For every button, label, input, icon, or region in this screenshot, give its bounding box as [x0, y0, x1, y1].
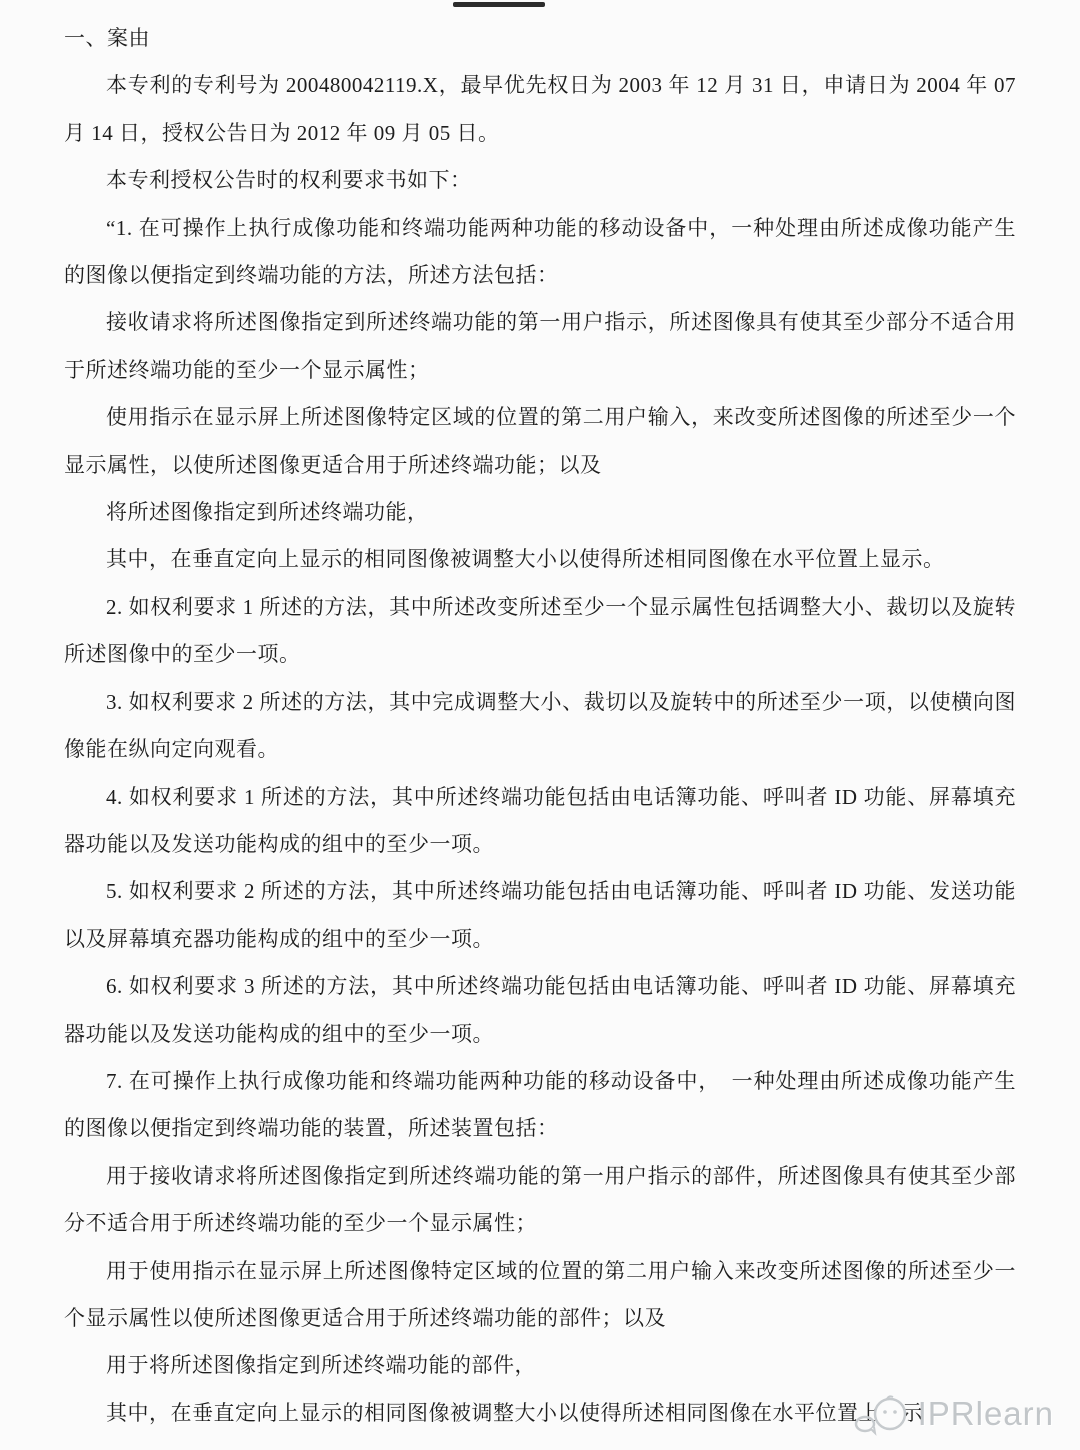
patent-info: 本专利的专利号为 200480042119.X，最早优先权日为 2003 年 1…: [64, 62, 1016, 157]
claim-7-preamble: 7. 在可操作上执行成像功能和终端功能两种功能的移动设备中， 一种处理由所述成像…: [64, 1058, 1016, 1153]
claim-2: 2. 如权利要求 1 所述的方法，其中所述改变所述至少一个显示属性包括调整大小、…: [64, 584, 1016, 679]
watermark-label: IPRlearn: [918, 1395, 1054, 1433]
top-rule-fragment: [453, 2, 545, 7]
claims-intro: 本专利授权公告时的权利要求书如下：: [64, 157, 1016, 204]
claim-7-element-1: 用于接收请求将所述图像指定到所述终端功能的第一用户指示的部件，所述图像具有使其至…: [64, 1153, 1016, 1248]
claim-1-element-2: 使用指示在显示屏上所述图像特定区域的位置的第二用户输入，来改变所述图像的所述至少…: [64, 394, 1016, 489]
document-body: 一、案由本专利的专利号为 200480042119.X，最早优先权日为 2003…: [64, 15, 1016, 1437]
claim-4: 4. 如权利要求 1 所述的方法，其中所述终端功能包括由电话簿功能、呼叫者 ID…: [64, 774, 1016, 869]
mascot-chat-icon: [854, 1392, 912, 1436]
claim-1-element-3: 将所述图像指定到所述终端功能，: [64, 489, 1016, 536]
claim-1-preamble: “1. 在可操作上执行成像功能和终端功能两种功能的移动设备中，一种处理由所述成像…: [64, 205, 1016, 300]
claim-1-wherein: 其中，在垂直定向上显示的相同图像被调整大小以使得所述相同图像在水平位置上显示。: [64, 536, 1016, 583]
claim-5: 5. 如权利要求 2 所述的方法，其中所述终端功能包括由电话簿功能、呼叫者 ID…: [64, 868, 1016, 963]
claim-6: 6. 如权利要求 3 所述的方法，其中所述终端功能包括由电话簿功能、呼叫者 ID…: [64, 963, 1016, 1058]
claim-3: 3. 如权利要求 2 所述的方法，其中完成调整大小、裁切以及旋转中的所述至少一项…: [64, 679, 1016, 774]
watermark: IPRlearn: [854, 1392, 1054, 1436]
claim-1-element-1: 接收请求将所述图像指定到所述终端功能的第一用户指示，所述图像具有使其至少部分不适…: [64, 299, 1016, 394]
claim-7-element-2: 用于使用指示在显示屏上所述图像特定区域的位置的第二用户输入来改变所述图像的所述至…: [64, 1248, 1016, 1343]
section-heading: 一、案由: [64, 15, 1016, 62]
claim-7-element-3: 用于将所述图像指定到所述终端功能的部件，: [64, 1342, 1016, 1389]
